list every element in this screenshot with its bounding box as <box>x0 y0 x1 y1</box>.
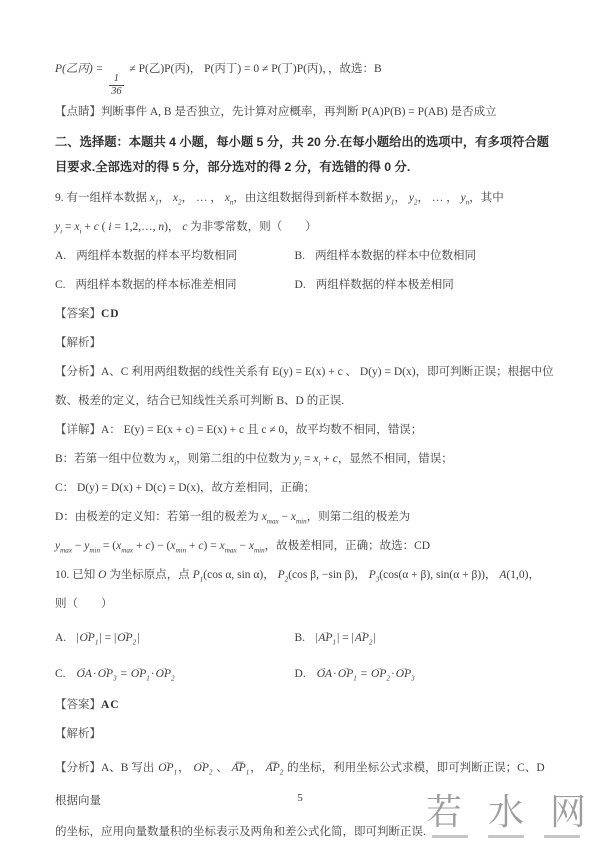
q9-detail-a-text: A： E(y) = E(x + c) = E(x) + c 且 c ≠ 0，故平… <box>101 424 422 436</box>
q9-option-d-label: D. <box>295 271 306 300</box>
watermark-subtext-bars <box>426 835 586 838</box>
q9-option-d: D. 两组样数据的样本极差相同 <box>295 271 535 300</box>
q9-detail-d: D：由极差的定义知：若第一组的极差为 xmax − xmin，则第二组的极差为 <box>55 503 554 532</box>
q10-option-d-math: OA·OP1 = OP2·OP3 <box>316 658 416 691</box>
q10-option-c-math: OA·OP3 = OP1·OP2 <box>76 658 176 691</box>
dianjing-label: 【点睛】 <box>55 106 101 118</box>
document-page: P(乙丙) = 136 ≠ P(乙)P(丙)， P(丙丁) = 0 ≠ P(丁)… <box>0 0 600 848</box>
q10-answer-value: AC <box>101 699 120 711</box>
prev-solution-tip: 【点睛】判断事件 A, B 是否独立，先计算对应概率，再判断 P(A)P(B) … <box>55 98 554 127</box>
fraction-1-36: 136 <box>109 73 123 98</box>
q9-stem-line2: yi = xi + c ( i = 1,2,…, n)， c 为非零常数，则（ … <box>55 213 554 242</box>
section-header: 二、选择题：本题共 4 小题，每小题 5 分，共 20 分.在每小题给出的选项中… <box>55 130 554 180</box>
q10-option-a-math: |OP1| = |OP2| <box>76 622 139 655</box>
q9-option-a: A. 两组样本数据的样本平均数相同 <box>55 242 295 271</box>
q10-options-row1: A. |OP1| = |OP2| B. |AP1| = |AP2| <box>55 619 554 655</box>
q10-answer-label: 【答案】 <box>55 699 101 711</box>
fraction-numerator: 1 <box>114 73 119 85</box>
q9-fenxi: 【分析】A、C 利用两组数据的线性关系有 E(y) = E(x) + c 、 D… <box>55 358 554 416</box>
q10-option-b-label: B. <box>295 622 306 655</box>
watermark-bar <box>432 835 468 838</box>
q10-option-d-label: D. <box>295 658 306 691</box>
q9-options-row1: A. 两组样本数据的样本平均数相同 B. 两组样本数据的样本中位数相同 <box>55 242 554 271</box>
q9-detail-b: B：若第一组中位数为 xi，则第二组的中位数为 yi = xi + c，显然不相… <box>55 445 554 474</box>
q10-stem-line1: 10. 已知 O 为坐标原点，点 P1(cos α, sin α)， P2(co… <box>55 561 554 590</box>
q10-option-b: B. |AP1| = |AP2| <box>295 622 535 655</box>
q9-option-a-text: 两组样本数据的样本平均数相同 <box>76 242 237 271</box>
prev-solution-formula: P(乙丙) = 136 ≠ P(乙)P(丙)， P(丙丁) = 0 ≠ P(丁)… <box>55 52 554 98</box>
q10-option-c: C. OA·OP3 = OP1·OP2 <box>55 658 295 691</box>
fraction-denominator: 36 <box>109 85 123 98</box>
formula-pre: P(乙丙) = <box>55 63 106 75</box>
formula-post: ≠ P(乙)P(丙)， P(丙丁) = 0 ≠ P(丁)P(丙)，，故选：B <box>127 63 382 75</box>
document-content: P(乙丙) = 136 ≠ P(乙)P(丙)， P(丙丁) = 0 ≠ P(丁)… <box>55 52 554 847</box>
q9-option-b-text: 两组样本数据的样本中位数相同 <box>315 242 476 271</box>
watermark-bar <box>488 835 524 838</box>
q9-stem-line1: 9. 有一组样本数据 x1， x2， … ， xn，由这组数据得到新样本数据 y… <box>55 184 554 213</box>
q9-detail-a: 【详解】A： E(y) = E(x + c) = E(x) + c 且 c ≠ … <box>55 416 554 445</box>
q10-stem-line2: 则（ ） <box>55 590 554 619</box>
q9-option-d-text: 两组样数据的样本极差相同 <box>316 271 454 300</box>
q10-jiexi: 【解析】 <box>55 720 554 749</box>
q9-option-c-label: C. <box>55 271 66 300</box>
dianjing-text: 判断事件 A, B 是否独立，先计算对应概率，再判断 P(A)P(B) = P(… <box>101 106 497 118</box>
q9-answer-value: CD <box>101 308 120 320</box>
q10-option-d: D. OA·OP1 = OP2·OP3 <box>295 658 535 691</box>
q9-option-c-text: 两组样本数据的样本标准差相同 <box>76 271 237 300</box>
q9-jiexi-label: 【解析】 <box>55 337 101 349</box>
q10-option-c-label: C. <box>55 658 66 691</box>
q9-fenxi-label: 【分析】 <box>55 366 101 378</box>
q10-answer: 【答案】AC <box>55 691 554 720</box>
q9-jiexi: 【解析】 <box>55 329 554 358</box>
q9-option-b-label: B. <box>295 242 306 271</box>
q9-answer-label: 【答案】 <box>55 308 101 320</box>
q9-option-c: C. 两组样本数据的样本标准差相同 <box>55 271 295 300</box>
q9-fenxi-text: A、C 利用两组数据的线性关系有 E(y) = E(x) + c 、 D(y) … <box>55 366 554 407</box>
q9-xiangjie-label: 【详解】 <box>55 424 101 436</box>
q9-detail-c: C： D(y) = D(x) + D(c) = D(x)，故方差相同，正确； <box>55 474 554 503</box>
q9-detail-d2: ymax − ymin = (xmax + c) − (xmin + c) = … <box>55 532 554 561</box>
q10-jiexi-label: 【解析】 <box>55 728 101 740</box>
q10-fenxi-label: 【分析】 <box>55 762 101 774</box>
q10-option-b-math: |AP1| = |AP2| <box>315 622 376 655</box>
q10-options-row2: C. OA·OP3 = OP1·OP2 D. OA·OP1 = OP2·OP3 <box>55 655 554 691</box>
watermark-text: 若水网 <box>426 794 600 830</box>
watermark-logo: 若水网 <box>426 794 586 838</box>
q9-options-row2: C. 两组样本数据的样本标准差相同 D. 两组样数据的样本极差相同 <box>55 271 554 300</box>
q9-option-b: B. 两组样本数据的样本中位数相同 <box>295 242 535 271</box>
q9-option-a-label: A. <box>55 242 66 271</box>
q10-option-a: A. |OP1| = |OP2| <box>55 622 295 655</box>
watermark-bar <box>544 835 580 838</box>
q9-answer: 【答案】CD <box>55 300 554 329</box>
q10-option-a-label: A. <box>55 622 66 655</box>
